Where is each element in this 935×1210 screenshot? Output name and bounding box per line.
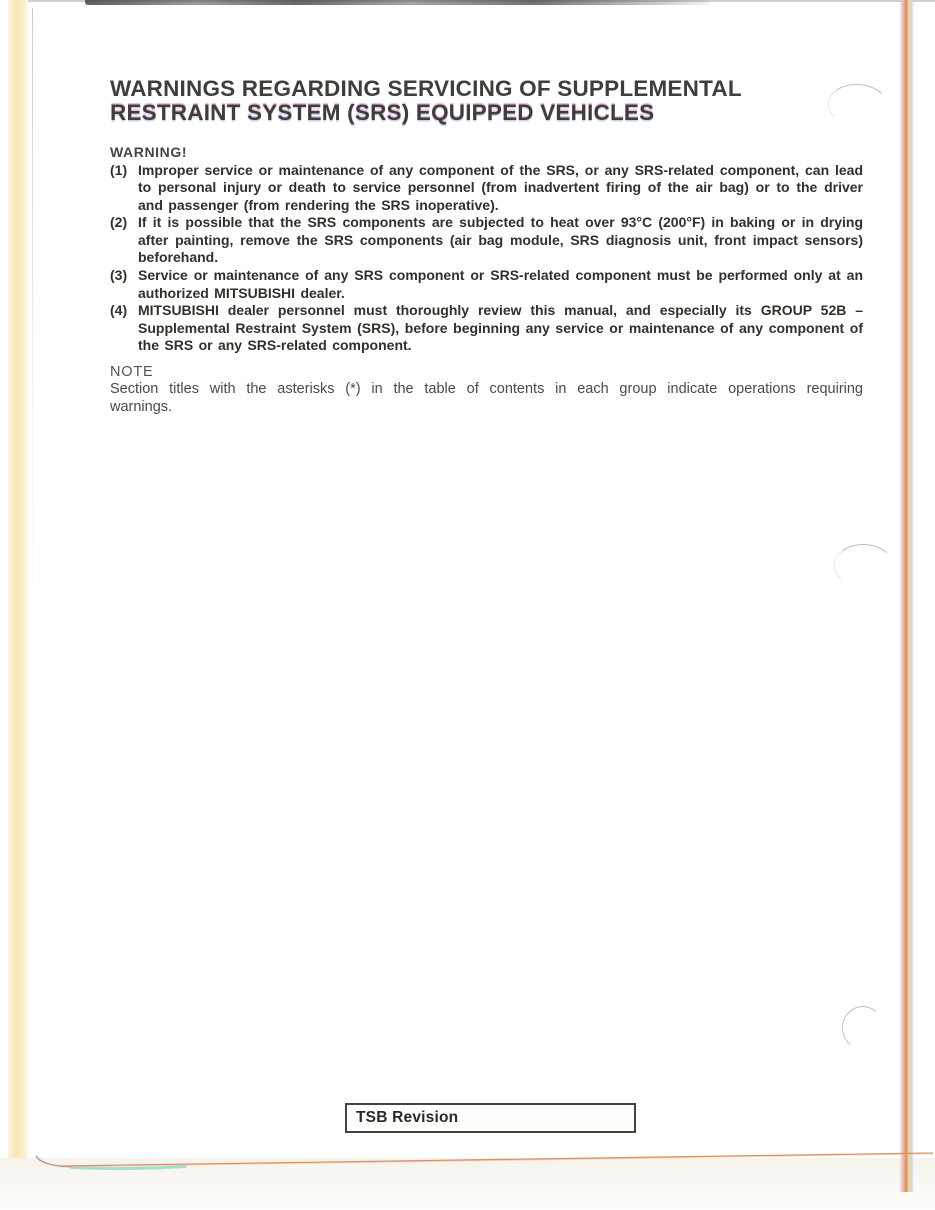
- warning-item-3: (3) Service or maintenance of any SRS co…: [110, 267, 863, 302]
- warning-heading: WARNING!: [110, 144, 863, 162]
- body-text-block: WARNING! (1) Improper service or mainten…: [110, 144, 863, 416]
- binder-hole-arc: [840, 1004, 886, 1052]
- page-title-line-2: RESTRAINT SYSTEM (SRS) EQUIPPED VEHICLES: [110, 101, 810, 125]
- binding-edge-strip: [8, 0, 29, 1158]
- warning-item-text: Improper service or maintenance of any c…: [138, 162, 863, 213]
- warning-item-1: (1) Improper service or maintenance of a…: [110, 162, 863, 215]
- note-text: Section titles with the asterisks (*) in…: [110, 381, 863, 416]
- binder-hole-arc: [833, 543, 894, 589]
- scanner-background: [0, 1158, 935, 1210]
- page-edge-color-fringe: [899, 0, 914, 1192]
- warning-item-text: Service or maintenance of any SRS compon…: [138, 267, 863, 301]
- page-title: WARNINGS REGARDING SERVICING OF SUPPLEME…: [110, 77, 810, 124]
- scanned-page: WARNINGS REGARDING SERVICING OF SUPPLEME…: [0, 0, 935, 1210]
- binder-hole-arc: [827, 82, 890, 128]
- warning-item-number: (2): [110, 214, 127, 232]
- warning-item-4: (4) MITSUBISHI dealer personnel must tho…: [110, 302, 863, 355]
- top-scan-smudge: [85, 0, 710, 5]
- warning-item-2: (2) If it is possible that the SRS compo…: [110, 214, 863, 267]
- page-title-line-1: WARNINGS REGARDING SERVICING OF SUPPLEME…: [110, 77, 810, 101]
- note-heading: NOTE: [110, 363, 863, 381]
- warning-item-number: (3): [110, 267, 127, 285]
- warning-item-text: MITSUBISHI dealer personnel must thoroug…: [138, 302, 863, 353]
- warning-item-text: If it is possible that the SRS component…: [138, 214, 863, 265]
- page-fold-line: [32, 8, 33, 648]
- tsb-revision-box: TSB Revision: [345, 1103, 636, 1133]
- warning-item-number: (4): [110, 302, 127, 320]
- warning-item-number: (1): [110, 162, 127, 180]
